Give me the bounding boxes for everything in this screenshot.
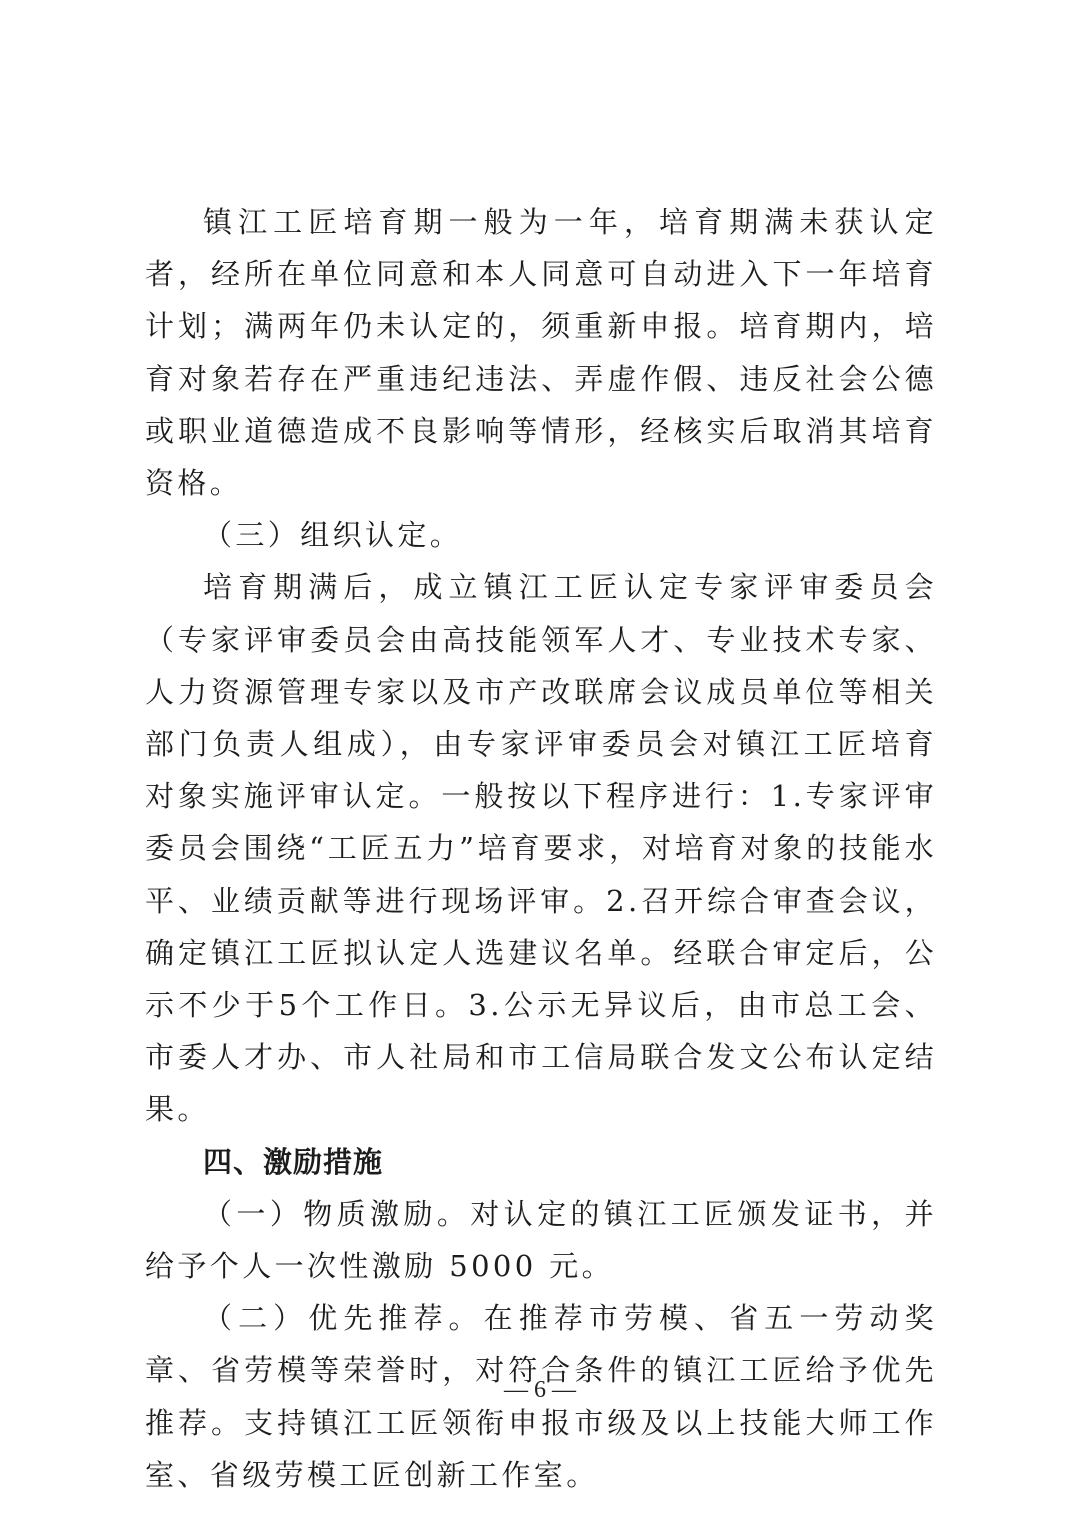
- page-number: — 6 —: [0, 1377, 1080, 1404]
- document-body: 镇江工匠培育期一般为一年，培育期满未获认定者，经所在单位同意和本人同意可自动进入…: [145, 196, 937, 1501]
- subheading-organize-certification: （三）组织认定。: [145, 509, 937, 561]
- paragraph-certification-procedure: 培育期满后，成立镇江工匠认定专家评审委员会（专家评审委员会由高技能领军人才、专业…: [145, 561, 937, 1135]
- paragraph-cultivation-period: 镇江工匠培育期一般为一年，培育期满未获认定者，经所在单位同意和本人同意可自动进入…: [145, 196, 937, 509]
- section-heading-incentives: 四、激励措施: [145, 1136, 937, 1188]
- paragraph-material-incentive: （一）物质激励。对认定的镇江工匠颁发证书，并给予个人一次性激励 5000 元。: [145, 1188, 937, 1292]
